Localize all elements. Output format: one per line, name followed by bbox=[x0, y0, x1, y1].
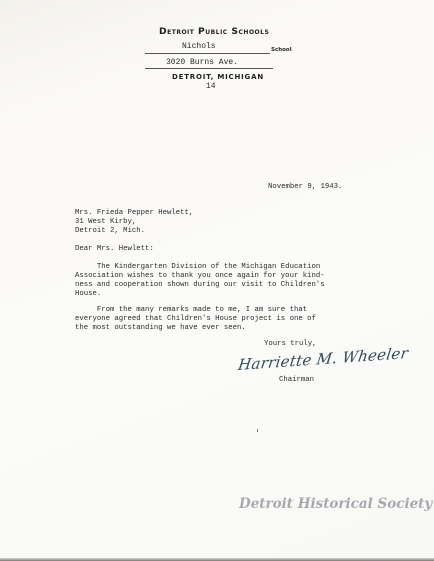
letterhead-school-label: School bbox=[271, 47, 292, 53]
paragraph-line: ness and cooperation shown during our vi… bbox=[75, 280, 325, 290]
salutation: Dear Mrs. Hewlett: bbox=[75, 244, 154, 254]
recipient-city: Detroit 2, Mich. bbox=[75, 226, 145, 236]
signer-title: Chairman bbox=[279, 375, 314, 385]
school-name-underline bbox=[145, 53, 270, 54]
address-underline bbox=[145, 68, 273, 69]
paper-speck bbox=[257, 429, 258, 432]
watermark: Detroit Historical Society bbox=[239, 496, 432, 512]
letterhead-organization: Detroit Public Schools bbox=[159, 26, 269, 37]
letterhead-zone: 14 bbox=[206, 82, 216, 92]
letter-page: Detroit Public Schools Nichols School 30… bbox=[0, 0, 434, 561]
letter-date: November 9, 1943. bbox=[268, 182, 342, 192]
closing: Yours truly, bbox=[264, 339, 317, 349]
letterhead-street-address: 3020 Burns Ave. bbox=[166, 58, 238, 68]
paragraph-line: the most outstanding we have ever seen. bbox=[75, 323, 246, 333]
paragraph-line: House. bbox=[75, 289, 101, 299]
letterhead-school-name: Nichols bbox=[182, 42, 216, 52]
letterhead-city-state: DETROIT, MICHIGAN bbox=[172, 73, 264, 81]
handwritten-signature: Harriette M. Wheeler bbox=[237, 344, 409, 374]
